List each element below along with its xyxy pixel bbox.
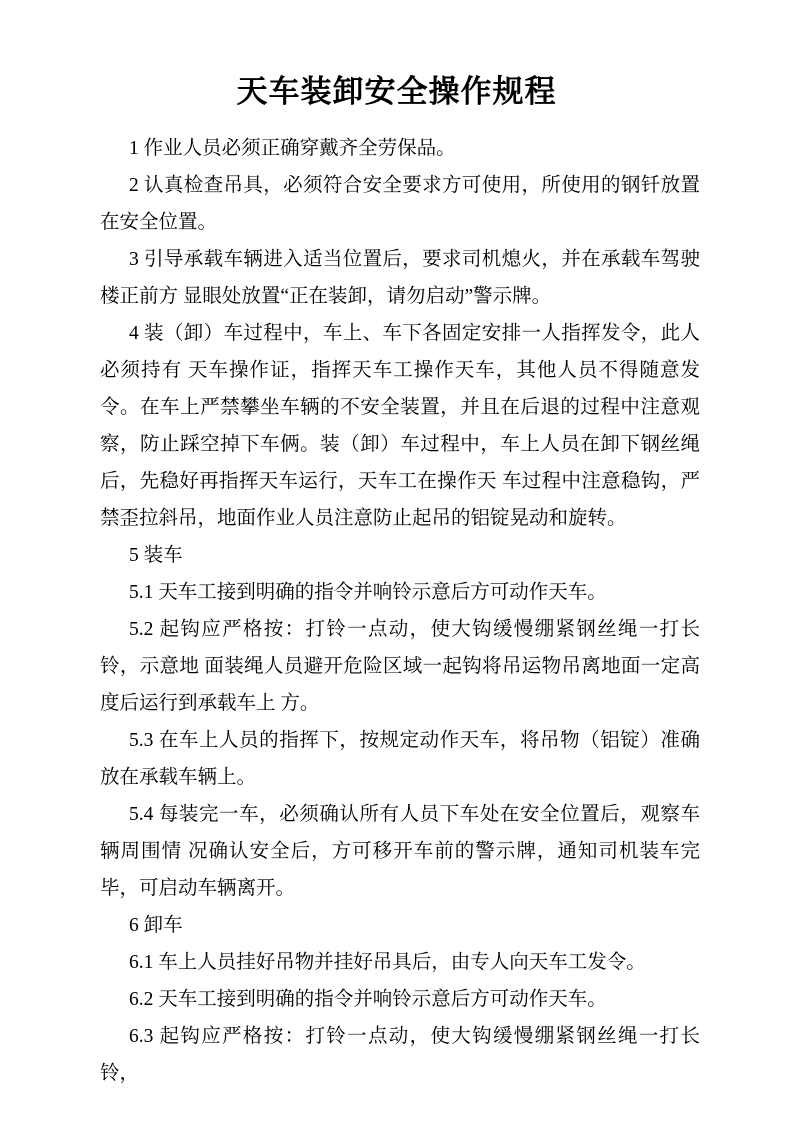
paragraph: 1 作业人员必须正确穿戴齐全劳保品。 [100,130,700,167]
document-body: 1 作业人员必须正确穿戴齐全劳保品。2 认真检查吊具，必须符合安全要求方可使用，… [100,130,700,1092]
paragraph: 6.2 天车工接到明确的指令并响铃示意后方可动作天车。 [100,981,700,1018]
paragraph: 4 装（卸）车过程中，车上、车下各固定安排一人指挥发令，此人必须持有 天车操作证… [100,315,700,537]
paragraph: 6 卸车 [100,907,700,944]
document-page: 天车装卸安全操作规程 1 作业人员必须正确穿戴齐全劳保品。2 认真检查吊具，必须… [0,0,793,1122]
paragraph: 5.2 起钩应严格按：打铃一点动，使大钩缓慢绷紧钢丝绳一打长铃，示意地 面装绳人… [100,611,700,722]
paragraph: 2 认真检查吊具，必须符合安全要求方可使用，所使用的钢钎放置在安全位置。 [100,167,700,241]
paragraph: 5.1 天车工接到明确的指令并响铃示意后方可动作天车。 [100,574,700,611]
paragraph: 5 装车 [100,537,700,574]
paragraph: 5.3 在车上人员的指挥下，按规定动作天车，将吊物（铝锭）准确放在承载车辆上。 [100,722,700,796]
paragraph: 6.3 起钩应严格按：打铃一点动，使大钩缓慢绷紧钢丝绳一打长铃， [100,1018,700,1092]
paragraph: 6.1 车上人员挂好吊物并挂好吊具后，由专人向天车工发令。 [100,944,700,981]
paragraph: 3 引导承载车辆进入适当位置后，要求司机熄火，并在承载车驾驶楼正前方 显眼处放置… [100,241,700,315]
document-title: 天车装卸安全操作规程 [0,70,793,114]
paragraph: 5.4 每装完一车，必须确认所有人员下车处在安全位置后，观察车辆周围情 况确认安… [100,796,700,907]
